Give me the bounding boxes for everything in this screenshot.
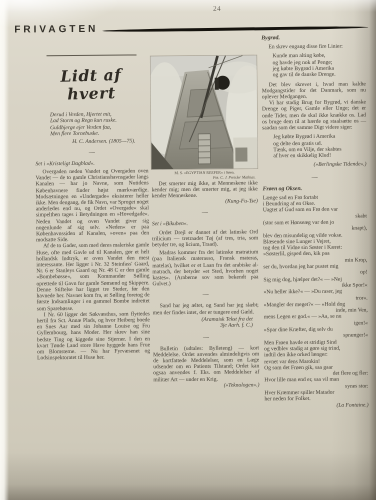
poem-attribution: (La Fontaine.) xyxy=(265,402,369,409)
page-content: 24 FRIVAGTEN Lidt af hvert Derud i Verde… xyxy=(0,0,376,500)
middle-column: M. S. »EGYPTIAN REEFER« i Søen. Fot. C. … xyxy=(151,55,260,389)
quote-aramaic: Sand har jeg æltet, og Sand har jeg slæb… xyxy=(153,303,259,316)
article-paragraph-madras: Madras kommer fra det latinske matratium… xyxy=(152,250,258,288)
source-note: Set i »Bikuben«. xyxy=(152,221,258,228)
verse-block: Kunde man alting købe,og havde jeg nok a… xyxy=(273,53,366,79)
ship-deck-illustration xyxy=(151,55,258,169)
bulletin-attribution: (»Teknologen«.) xyxy=(153,382,259,389)
article-paragraph-drejl: Ordet Drejl er dannet af det latinske Or… xyxy=(152,229,258,249)
section-divider: — xyxy=(153,334,259,341)
epigraph-verse: Derud i Verden, Hjertet mit,Lad Storm og… xyxy=(50,111,148,137)
column-rule xyxy=(46,54,136,56)
section-divider: — xyxy=(263,174,367,181)
poem-frog-and-ox: Længe sad en Frø fortabti Beundring af e… xyxy=(263,194,369,403)
magazine-page: 24 FRIVAGTEN Lidt af hvert Derud i Verde… xyxy=(0,0,376,500)
text-line: og gav til de danske Drenge. xyxy=(273,72,366,79)
article-heading-bygroed: Bygrød. xyxy=(261,34,365,41)
article-paragraph: Af de to Gader, som med deres maleriske … xyxy=(36,243,150,312)
text-line: af hver en skikkelig Klud! xyxy=(273,153,366,160)
article-paragraph: Vi har stadig Brug for Bygrød, vi danske… xyxy=(262,100,366,132)
text-line: Men flere Tornebuske. xyxy=(50,131,148,138)
page-number: 24 xyxy=(213,5,221,13)
verse-attribution: (»Berlingske Tidende«.) xyxy=(262,162,366,169)
verse-block: Jeg købte Bygrød i Amerikaog delte den g… xyxy=(273,134,366,160)
article-heading-froen-og-oksen: Frøen og Oksen. xyxy=(263,185,367,192)
ship-photo xyxy=(151,55,258,169)
section-divider: — xyxy=(35,149,148,156)
quote-kungfutse-attribution: (Kung-Fu-Tse) xyxy=(152,199,258,206)
article-intro: En skrev engang disse fire Linier: xyxy=(261,44,365,51)
section-headline: Lidt af hvert xyxy=(34,65,148,104)
attribution-line: 3je Aarh. f. C.) xyxy=(220,323,253,329)
article-paragraph-bulletin: Bulletin (udtales: Bylleteng) — kort Med… xyxy=(153,345,259,383)
epigraph-attribution: H. C. Andersen. (1805—75). xyxy=(35,138,148,145)
masthead-title: FRIVAGTEN xyxy=(14,24,98,36)
article-paragraph: I Nr. 60 ligger det Søkvæsthus, som flyt… xyxy=(37,311,150,362)
left-column: Lidt af hvert Derud i Verden, Hjertet mi… xyxy=(35,54,151,361)
quote-kungfutse: Det smerter mig ikke, at Menneskene ikke… xyxy=(152,180,258,200)
section-divider: — xyxy=(153,292,259,299)
section-divider: — xyxy=(152,210,258,217)
quote-aramaic-attribution: (Aramaisk Tekst fra det 3je Aarh. f. C.) xyxy=(153,316,253,330)
article-paragraph: Det blev skrevet i, hvad man kaldte Modg… xyxy=(262,81,366,101)
header-rule xyxy=(102,26,368,33)
article-paragraph: Overgaden neden Vandet og Overgaden oven… xyxy=(36,168,150,243)
photo-caption: M. S. »EGYPTIAN REEFER« i Søen. Fot. C. … xyxy=(152,170,258,181)
right-column: Bygrød. En skrev engang disse fire Linie… xyxy=(261,34,368,409)
source-note: Set i »Kristeligt Dagblad«. xyxy=(35,160,148,167)
